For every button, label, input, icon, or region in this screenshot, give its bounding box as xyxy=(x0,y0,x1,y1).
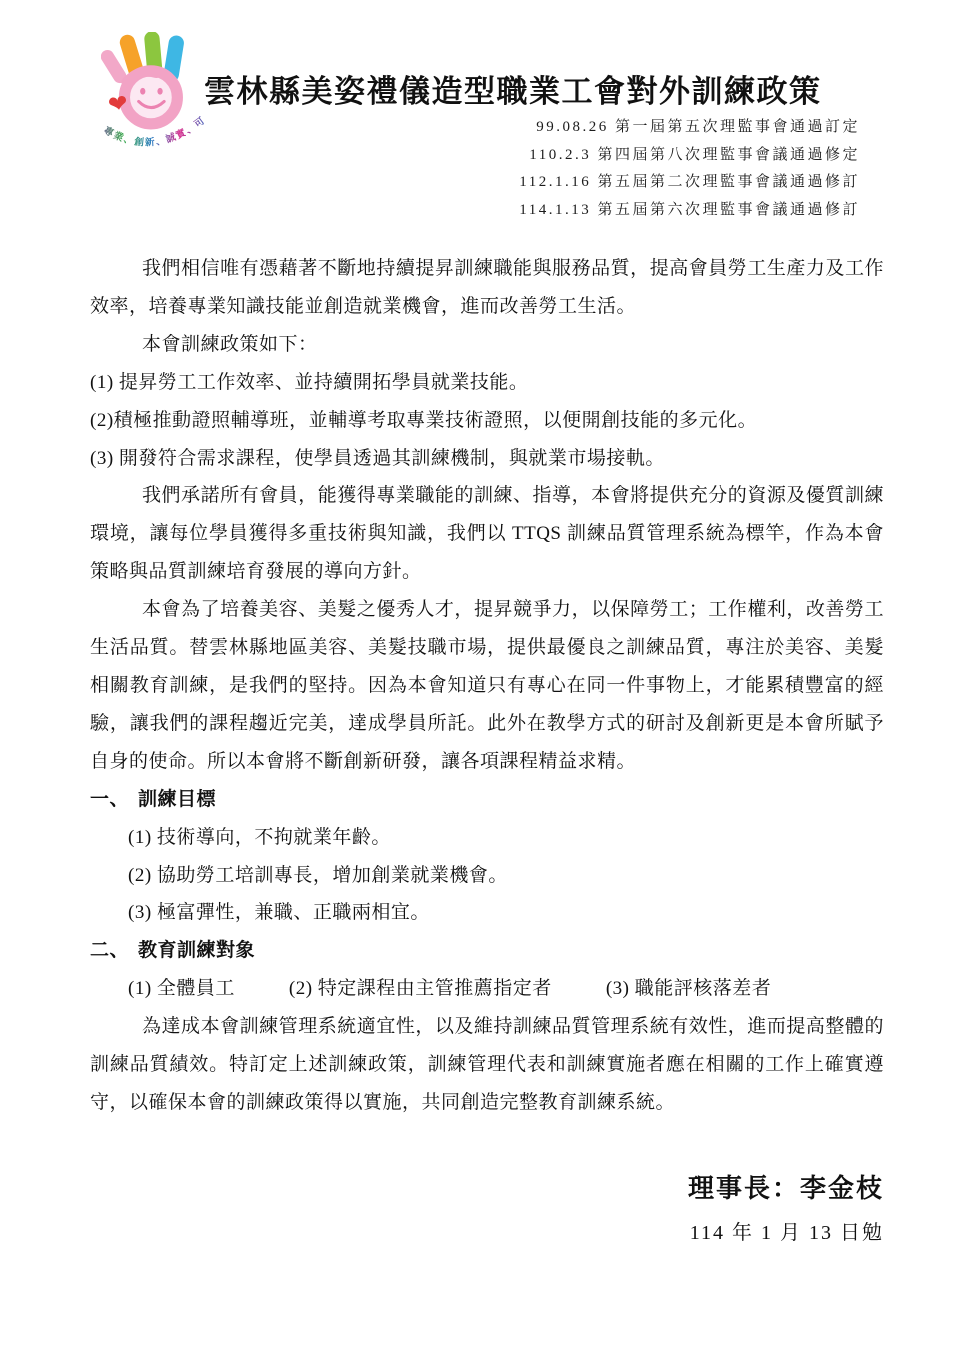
closing-paragraph: 為達成本會訓練管理系統適宜性，以及維持訓練品質管理系統有效性，進而提高整體的訓練… xyxy=(90,1008,884,1122)
target-item-3: (3) 職能評核落差者 xyxy=(606,978,771,999)
intro-paragraph: 我們相信唯有憑藉著不斷地持續提昇訓練職能與服務品質，提高會員勞工生產力及工作效率… xyxy=(90,250,884,326)
target-item-2: (2) 特定課程由主管推薦指定者 xyxy=(289,978,552,999)
policy-item-1: (1) 提昇勞工工作效率、並持續開拓學員就業技能。 xyxy=(90,364,884,402)
section-title: 教育訓練對象 xyxy=(138,940,255,961)
revision-history: 99.08.26 第一屆第五次理監事會通過訂定 110.2.3 第四屆第八次理監… xyxy=(519,114,860,224)
section-number: 二、 xyxy=(90,932,138,970)
revision-line: 99.08.26 第一屆第五次理監事會通過訂定 xyxy=(519,114,860,142)
policy-item-3: (3) 開發符合需求課程，使學員透過其訓練機制，與就業市場接軌。 xyxy=(90,440,884,478)
union-logo: ❤ 專業、創新、誠實、可靠 xyxy=(101,32,213,177)
chairman-signature: 理事長：李金枝 xyxy=(688,1168,884,1205)
revision-line: 112.1.16 第五屆第二次理監事會議通過修訂 xyxy=(519,169,860,197)
target-items-row: (1) 全體員工(2) 特定課程由主管推薦指定者(3) 職能評核落差者 xyxy=(128,970,884,1008)
goal-item-3: (3) 極富彈性，兼職、正職兩相宜。 xyxy=(128,894,884,932)
policy-item-2: (2)積極推動證照輔導班，並輔導考取專業技術證照，以便開創技能的多元化。 xyxy=(90,402,884,440)
mission-paragraph: 本會為了培養美容、美髮之優秀人才，提昇競爭力，以保障勞工；工作權利，改善勞工生活… xyxy=(90,591,884,781)
section-heading-training-targets: 二、教育訓練對象 xyxy=(90,932,884,970)
document-page: ❤ 專業、創新、誠實、可靠 雲林縣美姿禮儀造型職業工會對外訓練政策 99.08.… xyxy=(0,0,960,1357)
signature-date: 114 年 1 月 13 日勉 xyxy=(688,1216,884,1245)
revision-line: 110.2.3 第四屆第八次理監事會議通過修定 xyxy=(519,142,860,170)
signature-block: 理事長：李金枝 114 年 1 月 13 日勉 xyxy=(688,1168,884,1245)
document-body: 我們相信唯有憑藉著不斷地持續提昇訓練職能與服務品質，提高會員勞工生產力及工作效率… xyxy=(90,250,884,1122)
revision-line: 114.1.13 第五屆第六次理監事會議通過修訂 xyxy=(519,197,860,225)
page-title: 雲林縣美姿禮儀造型職業工會對外訓練政策 xyxy=(204,66,822,111)
goal-item-2: (2) 協助勞工培訓專長，增加創業就業機會。 xyxy=(128,857,884,895)
section-heading-training-goals: 一、訓練目標 xyxy=(90,781,884,819)
section-title: 訓練目標 xyxy=(138,789,216,810)
promise-paragraph: 我們承諾所有會員，能獲得專業職能的訓練、指導，本會將提供充分的資源及優質訓練環境… xyxy=(90,477,884,591)
eye-right xyxy=(157,88,162,95)
hand-smiley-logo-icon: ❤ 專業、創新、誠實、可靠 xyxy=(101,32,213,177)
target-item-1: (1) 全體員工 xyxy=(128,978,235,999)
section-number: 一、 xyxy=(90,781,138,819)
policy-intro-line: 本會訓練政策如下： xyxy=(90,326,884,364)
goal-item-1: (1) 技術導向，不拘就業年齡。 xyxy=(128,819,884,857)
eye-left xyxy=(140,88,145,95)
